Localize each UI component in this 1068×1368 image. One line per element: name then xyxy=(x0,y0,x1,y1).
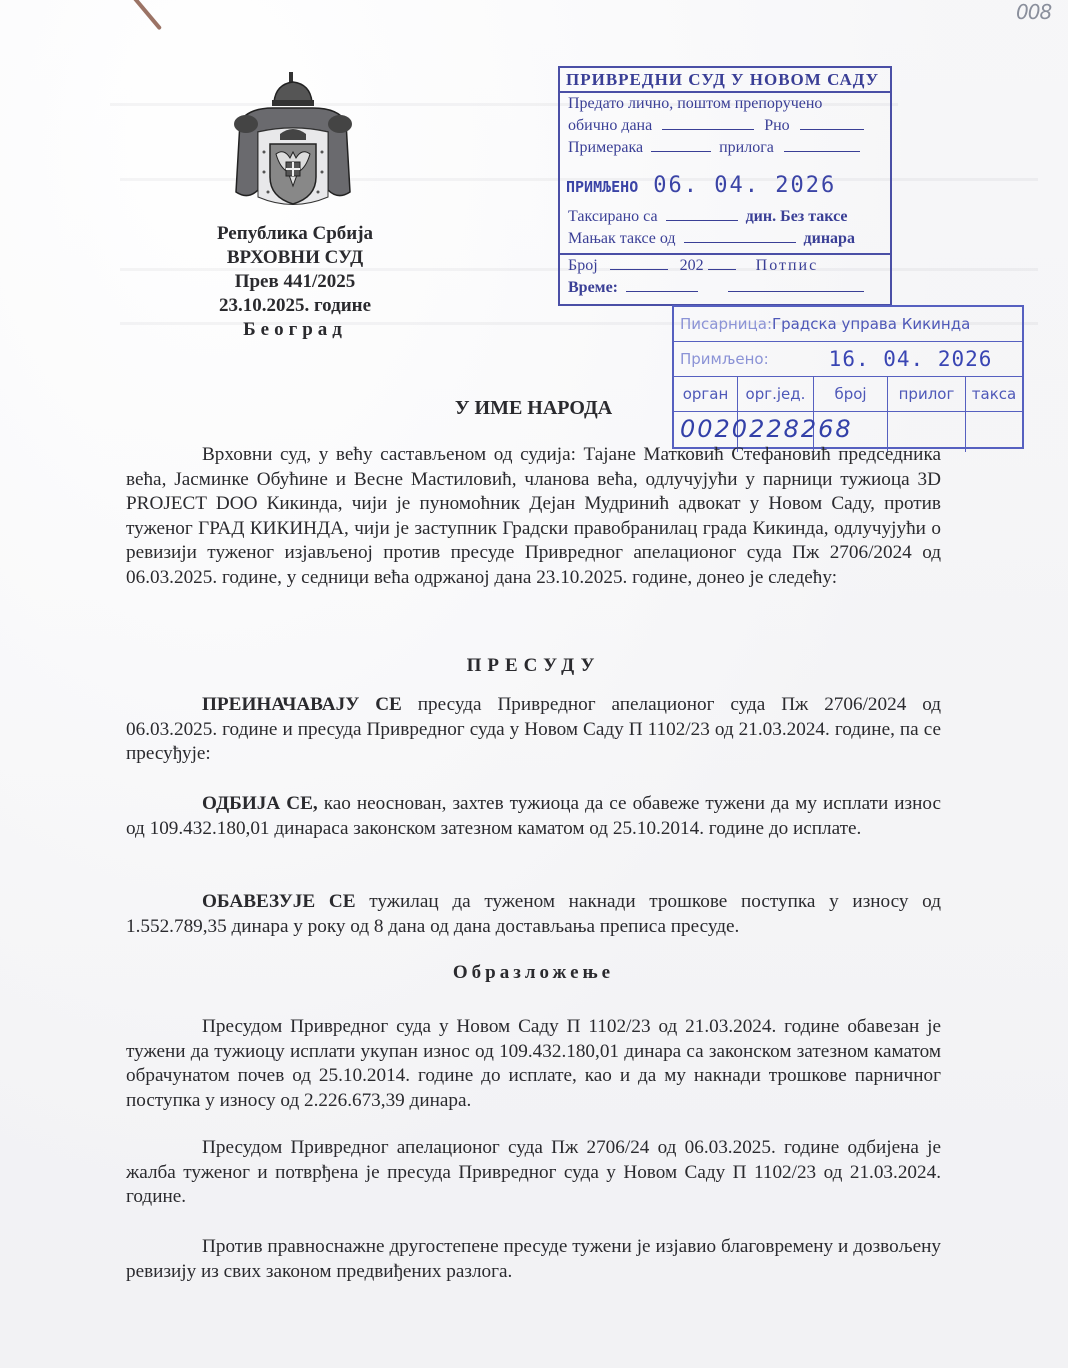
stamp-received: ПРИМЉЕНО 06. 04. 2026 xyxy=(560,159,890,206)
ruling-paragraph-3: ОБАВЕЗУЈЕ СЕ тужилац да туженом накнади … xyxy=(126,890,941,939)
registry-received-row: Примљено: 16. 04. 2026 xyxy=(674,342,1022,377)
registry-row: Писарница: Градска управа Кикинда xyxy=(674,307,1022,342)
case-number: Прев 441/2025 xyxy=(180,270,410,294)
stamp-line-tax: Таксирано са дин. Без таксе xyxy=(560,206,890,228)
header-city: Београд xyxy=(180,318,410,342)
page-number: 008 xyxy=(1016,0,1051,24)
stamp-line-number: Број 202 Потпис xyxy=(560,255,890,277)
stamp-line-date: обично дана Рно xyxy=(560,115,890,137)
header-date: 23.10.2025. године xyxy=(180,294,410,318)
document-page: 008 xyxy=(0,0,1068,1368)
intro-paragraph: Врховни суд, у већу састављеном од судиј… xyxy=(126,443,941,590)
coat-of-arms-icon xyxy=(228,72,358,220)
stamp-line-copies: Примерака прилога xyxy=(560,137,890,159)
registry-stamp: Писарница: Градска управа Кикинда Примље… xyxy=(672,305,1024,449)
reasoning-paragraph-1: Пресудом Привредног суда у Новом Саду П … xyxy=(126,1015,941,1113)
stamp-line-deficit: Мањак таксе од динара xyxy=(560,228,890,250)
reasoning-title: Образложење xyxy=(126,962,941,984)
ruling-paragraph-1: ПРЕИНАЧАВАЈУ СЕ пресуда Привредног апела… xyxy=(126,693,941,767)
registry-received-date: 16. 04. 2026 xyxy=(829,347,993,371)
pen-mark xyxy=(132,0,162,30)
court-name: ВРХОВНИ СУД xyxy=(180,246,410,270)
in-name-of-people: У ИМЕ НАРОДА xyxy=(126,397,941,420)
court-receipt-stamp: ПРИВРЕДНИ СУД У НОВОМ САДУ Предато лично… xyxy=(558,66,892,306)
reasoning-paragraph-3: Против правноснажне другостепене пресуде… xyxy=(126,1235,941,1284)
stamp-title: ПРИВРЕДНИ СУД У НОВОМ САДУ xyxy=(560,68,890,93)
ruling-paragraph-2: ОДБИЈА СЕ, као неоснован, захтев тужиоца… xyxy=(126,792,941,841)
court-header: Република Србија ВРХОВНИ СУД Прев 441/20… xyxy=(180,222,410,342)
stamp-line-delivery: Предато лично, поштом препоручено xyxy=(560,93,890,115)
stamp-received-date: 06. 04. 2026 xyxy=(653,173,836,198)
reasoning-paragraph-2: Пресудом Привредног апелационог суда Пж … xyxy=(126,1136,941,1210)
registry-col-header: такса xyxy=(966,377,1022,412)
verdict-title: ПРЕСУДУ xyxy=(126,655,941,677)
country-name: Република Србија xyxy=(180,222,410,246)
stamp-line-time: Време: xyxy=(560,277,890,299)
